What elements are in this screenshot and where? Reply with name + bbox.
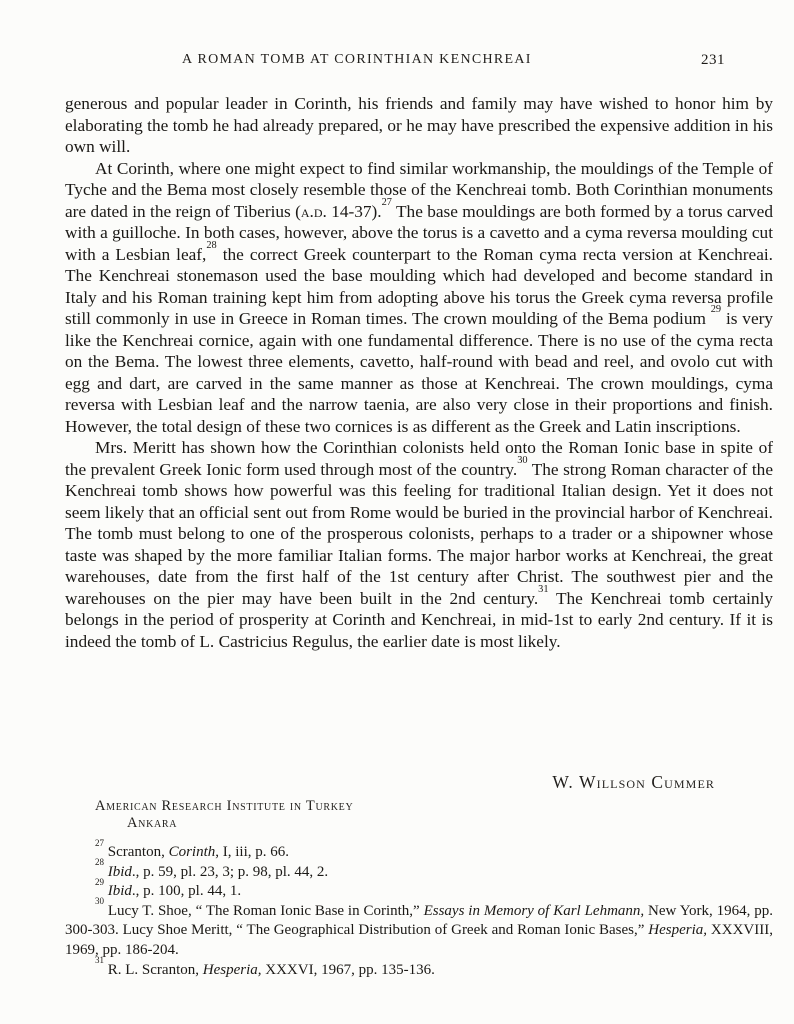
footnote-31: 31 R. L. Scranton, Hesperia, XXXVI, 1967… xyxy=(65,961,773,981)
body-paragraph: At Corinth, where one might expect to fi… xyxy=(65,158,773,438)
footnote-27: 27 Scranton, Corinth, I, iii, p. 66. xyxy=(65,843,773,863)
author-affiliation: American Research Institute in Turkey An… xyxy=(95,798,353,832)
footnotes-block: 27 Scranton, Corinth, I, iii, p. 66. 28 … xyxy=(65,843,773,980)
author-signature: W. Willson Cummer xyxy=(65,772,773,793)
footnote-30: 30 Lucy T. Shoe, “ The Roman Ionic Base … xyxy=(65,902,773,961)
body-paragraph: Mrs. Meritt has shown how the Corinthian… xyxy=(65,437,773,652)
journal-page: A ROMAN TOMB AT CORINTHIAN KENCHREAI 231… xyxy=(0,0,794,1024)
body-paragraph: generous and popular leader in Corinth, … xyxy=(65,93,773,158)
running-head-title: A ROMAN TOMB AT CORINTHIAN KENCHREAI xyxy=(182,52,532,68)
affiliation-city: Ankara xyxy=(127,815,353,832)
article-body: generous and popular leader in Corinth, … xyxy=(65,93,773,652)
page-number: 231 xyxy=(701,52,725,69)
footnote-29: 29 Ibid., p. 100, pl. 44, 1. xyxy=(65,882,773,902)
footnote-28: 28 Ibid., p. 59, pl. 23, 3; p. 98, pl. 4… xyxy=(65,863,773,883)
affiliation-institute: American Research Institute in Turkey xyxy=(95,798,353,815)
